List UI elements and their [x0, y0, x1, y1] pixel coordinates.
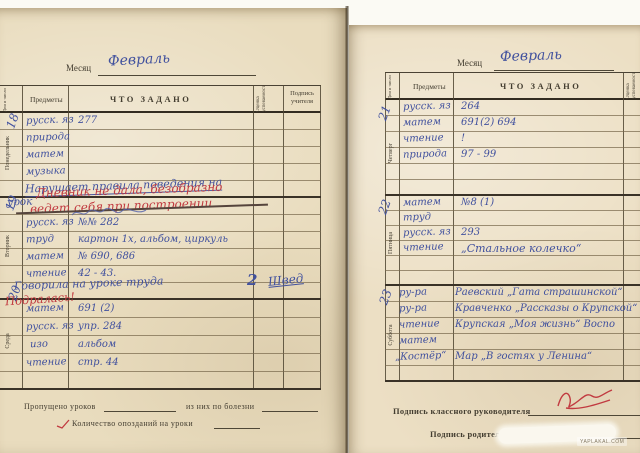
subject-cell: чтение: [403, 132, 444, 144]
task-cell: !: [461, 133, 465, 144]
blank-line: [528, 415, 640, 416]
subject-cell: матем: [403, 116, 441, 128]
signature-header-line1: Подпись: [284, 90, 320, 98]
blank-line: [214, 428, 260, 429]
task-cell: „Стальное колечко“: [461, 242, 581, 255]
task-cell: № 690, 686: [78, 251, 135, 262]
subject-cell: русск. яз: [26, 320, 74, 333]
red-signature: [552, 386, 616, 412]
column-header-assigned-right: ЧТО ЗАДАНО: [500, 81, 581, 91]
empty-row: [385, 180, 640, 196]
subject-cell: труд: [26, 234, 54, 246]
subject-cell: чтение: [403, 241, 444, 253]
note-overflow-row: [0, 198, 321, 215]
subject-cell: русск. яз: [403, 226, 451, 239]
task-cell: Мар „В гостях у Ленина“: [455, 351, 592, 362]
month-underline-left: [98, 75, 256, 76]
diary-photo: Месяц Февраль Дни и число Предметы ЧТО З…: [0, 0, 640, 453]
column-header-subjects-left: Предметы: [30, 95, 63, 104]
footer-missed-label: Пропущено уроков: [24, 402, 96, 411]
task-cell: альбом: [78, 339, 116, 350]
task-cell: картон 1х, альбом, циркуль: [78, 234, 228, 245]
subject-cell: чтение: [26, 356, 67, 368]
subject-cell: русск. яз: [26, 216, 74, 229]
subject-cell: матем: [26, 250, 64, 262]
subject-cell: музыка: [26, 165, 66, 177]
footer-late-label: Количество опозданий на уроки: [72, 419, 193, 428]
spine-crease: [345, 6, 349, 453]
red-check-mark: [56, 419, 70, 429]
blank-line: [262, 411, 318, 412]
day-name: Пятница: [388, 222, 394, 264]
subject-cell: „Костёр“: [395, 350, 447, 363]
empty-row: [385, 164, 640, 180]
task-cell: стр. 44: [78, 357, 119, 368]
subject-cell: труд: [403, 212, 431, 224]
subject-cell: матем: [26, 148, 64, 160]
subject-cell: матем: [399, 334, 437, 346]
day-name: Четверг: [388, 133, 394, 173]
task-cell: Кравченко „Рассказы о Крупской“: [455, 303, 637, 314]
column-header-grade-right: Оценка успеваемости: [626, 73, 640, 99]
column-header-signature-left: Подпись учителя: [284, 90, 320, 106]
month-value-left: Февраль: [108, 50, 171, 69]
empty-row: [385, 366, 640, 382]
task-cell: упр. 284: [78, 321, 122, 332]
subject-cell: матем: [26, 302, 64, 314]
day-name: Понедельник: [5, 125, 11, 181]
column-header-subjects-right: Предметы: [413, 82, 446, 91]
task-cell: 264: [461, 101, 480, 112]
blank-line: [104, 411, 176, 412]
task-cell: №8 (1): [461, 197, 494, 208]
day-name: Среда: [5, 325, 11, 357]
task-cell: Раевский „Гата страшинской“: [455, 287, 623, 298]
column-header-grade-left: Оценка успеваемости: [256, 86, 281, 112]
subject-cell: ру-ра: [399, 303, 427, 315]
subject-cell: изо: [30, 339, 48, 351]
month-label-left: Месяц: [66, 63, 91, 73]
subject-cell: русск. яз: [26, 114, 74, 127]
day-name: Вторник: [5, 224, 11, 268]
section-wednesday: матем691 (2) русск. язупр. 284 изоальбом…: [0, 300, 321, 390]
task-cell: 691(2) 694: [461, 117, 517, 128]
empty-row: [0, 372, 321, 390]
month-value-right: Февраль: [500, 47, 562, 65]
section-saturday: ру-раРаевский „Гата страшинской“ ру-раКр…: [385, 286, 640, 382]
watermark: YAPLAKAL.COM: [577, 437, 627, 446]
ink-scribble: [70, 206, 148, 220]
task-cell: 293: [461, 227, 480, 238]
month-label-right: Месяц: [457, 58, 482, 68]
subject-cell: русск. яз: [403, 100, 451, 113]
subject-cell: чтение: [399, 318, 440, 330]
footer-sick-label: из них по болезни: [186, 402, 254, 411]
task-cell: 277: [78, 115, 97, 126]
section-thursday: русск. яз264 матем691(2) 694 чтение! при…: [385, 100, 640, 196]
task-cell: 97 - 99: [461, 149, 496, 160]
day-name: Суббота: [388, 314, 394, 356]
month-underline-right: [494, 70, 614, 71]
subject-cell: природа: [26, 131, 70, 144]
empty-row: [385, 271, 640, 286]
grade-value: 2: [247, 271, 257, 289]
empty-row: [385, 256, 640, 271]
section-friday: матем№8 (1) труд русск. яз293 чтение„Ста…: [385, 196, 640, 286]
signature-header-line2: учителя: [284, 98, 320, 106]
task-cell: 691 (2): [78, 303, 114, 314]
subject-cell: природа: [403, 148, 447, 161]
subject-cell: матем: [403, 196, 441, 208]
subject-cell: ру-ра: [399, 287, 427, 299]
class-teacher-signature-label: Подпись классного руководителя: [393, 406, 530, 416]
task-cell: Крупская „Моя жизнь“ Воспо: [455, 319, 615, 330]
column-header-days-left: Дни и число: [2, 87, 20, 112]
column-header-assigned-left: ЧТО ЗАДАНО: [110, 94, 191, 104]
